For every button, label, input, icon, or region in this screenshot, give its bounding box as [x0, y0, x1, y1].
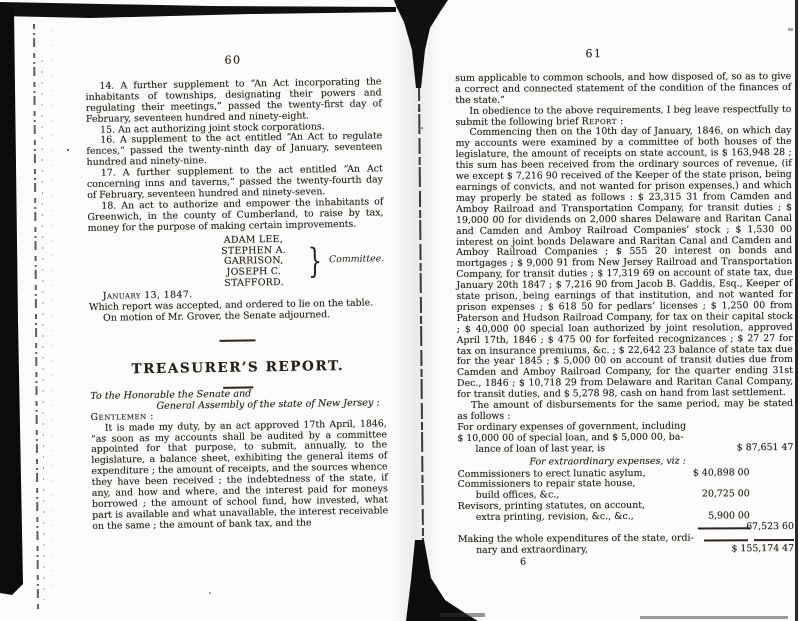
page-number-right: 61 — [455, 48, 791, 61]
bottom-smudge — [440, 613, 485, 617]
total-row-line2: nary and extraordinary, $ 155,174 47 — [458, 544, 794, 557]
committee-member-name: JOSEPH C. STAFFORD. — [204, 267, 303, 290]
committee-names: ADAM LEE, STEPHEN A. GARRISON, JOSEPH C.… — [204, 234, 304, 290]
ordinary-expenses-amount: $ 87,651 47 — [737, 443, 794, 454]
act-list-item: 14. A further supplement to “An Act inco… — [85, 77, 382, 125]
subtotal-amount: 67,523 60 — [746, 522, 794, 533]
gutter-shading — [392, 0, 440, 621]
book-scan-spread: 60 14. A further supplement to “An Act i… — [0, 0, 800, 621]
motion-line: On motion of Mr. Grover, the Senate adjo… — [89, 309, 385, 325]
scan-edge-left — [0, 4, 23, 595]
page-right: 61 sum applicable to common schools, and… — [455, 48, 794, 569]
page-number-left: 60 — [85, 53, 381, 69]
salutation: To the Honorable the Senate and General … — [90, 386, 386, 413]
committee-label: Committee. — [329, 255, 384, 267]
expense-amount: 5,900 00 — [708, 511, 750, 522]
scan-edge-right — [795, 0, 798, 621]
committee-signature-block: ADAM LEE, STEPHEN A. GARRISON, JOSEPH C.… — [204, 233, 385, 290]
speckle-line — [52, 30, 53, 600]
total-rule — [754, 539, 794, 541]
report-title: TREASURER’S REPORT. — [90, 360, 386, 376]
obedience-colon: : — [617, 116, 623, 127]
total-label: Making the whole expenditures of the sta… — [458, 533, 694, 545]
top-right-mark — [788, 28, 793, 31]
disbursements-intro: The amount of disbursements for the same… — [457, 399, 793, 423]
scan-edge-top — [0, 2, 396, 18]
total-rule — [704, 539, 748, 541]
subtotal-rule — [698, 527, 750, 529]
expense-row: Revisors, printing statutes, on account,… — [458, 500, 794, 524]
brace-glyph: } — [308, 246, 323, 276]
report-body-paragraph: It is made my duty, by an act approved 1… — [91, 419, 389, 533]
continuation-paragraph: sum applicable to common schools, and ho… — [455, 72, 791, 107]
bottom-right-smudge — [640, 616, 788, 619]
ordinary-expenses-line3: lance of loan of last year, is $ 87,651 … — [457, 443, 793, 456]
speckle-line — [42, 60, 44, 600]
total-amount: $ 155,174 47 — [731, 544, 794, 555]
speck — [209, 592, 211, 594]
expense-row: Commissioners to repair state house, bui… — [458, 478, 794, 502]
report-smallcaps: Report — [582, 116, 618, 127]
expense-amount: 20,725 00 — [702, 490, 750, 501]
committee-member-name: STEPHEN A. GARRISON, — [204, 245, 303, 268]
expense-amount: $ 40,898 00 — [693, 468, 750, 479]
receipts-paragraph: Commencing then on the 10th day of Janua… — [455, 126, 793, 401]
speckle-line — [34, 24, 38, 612]
page-left: 60 14. A further supplement to “An Act i… — [85, 53, 388, 532]
speck — [67, 149, 69, 151]
ordinary-expenses-label: lance of loan of last year, is — [475, 443, 605, 455]
extraordinary-expenses-heading: For extraordinary expenses, viz : — [529, 456, 793, 469]
signature-mark: 6 — [520, 556, 794, 569]
divider-rule — [219, 339, 255, 342]
act-list-item: 18. An act to authorize and empower the … — [87, 197, 383, 234]
total-label-2: nary and extraordinary, — [476, 544, 588, 556]
